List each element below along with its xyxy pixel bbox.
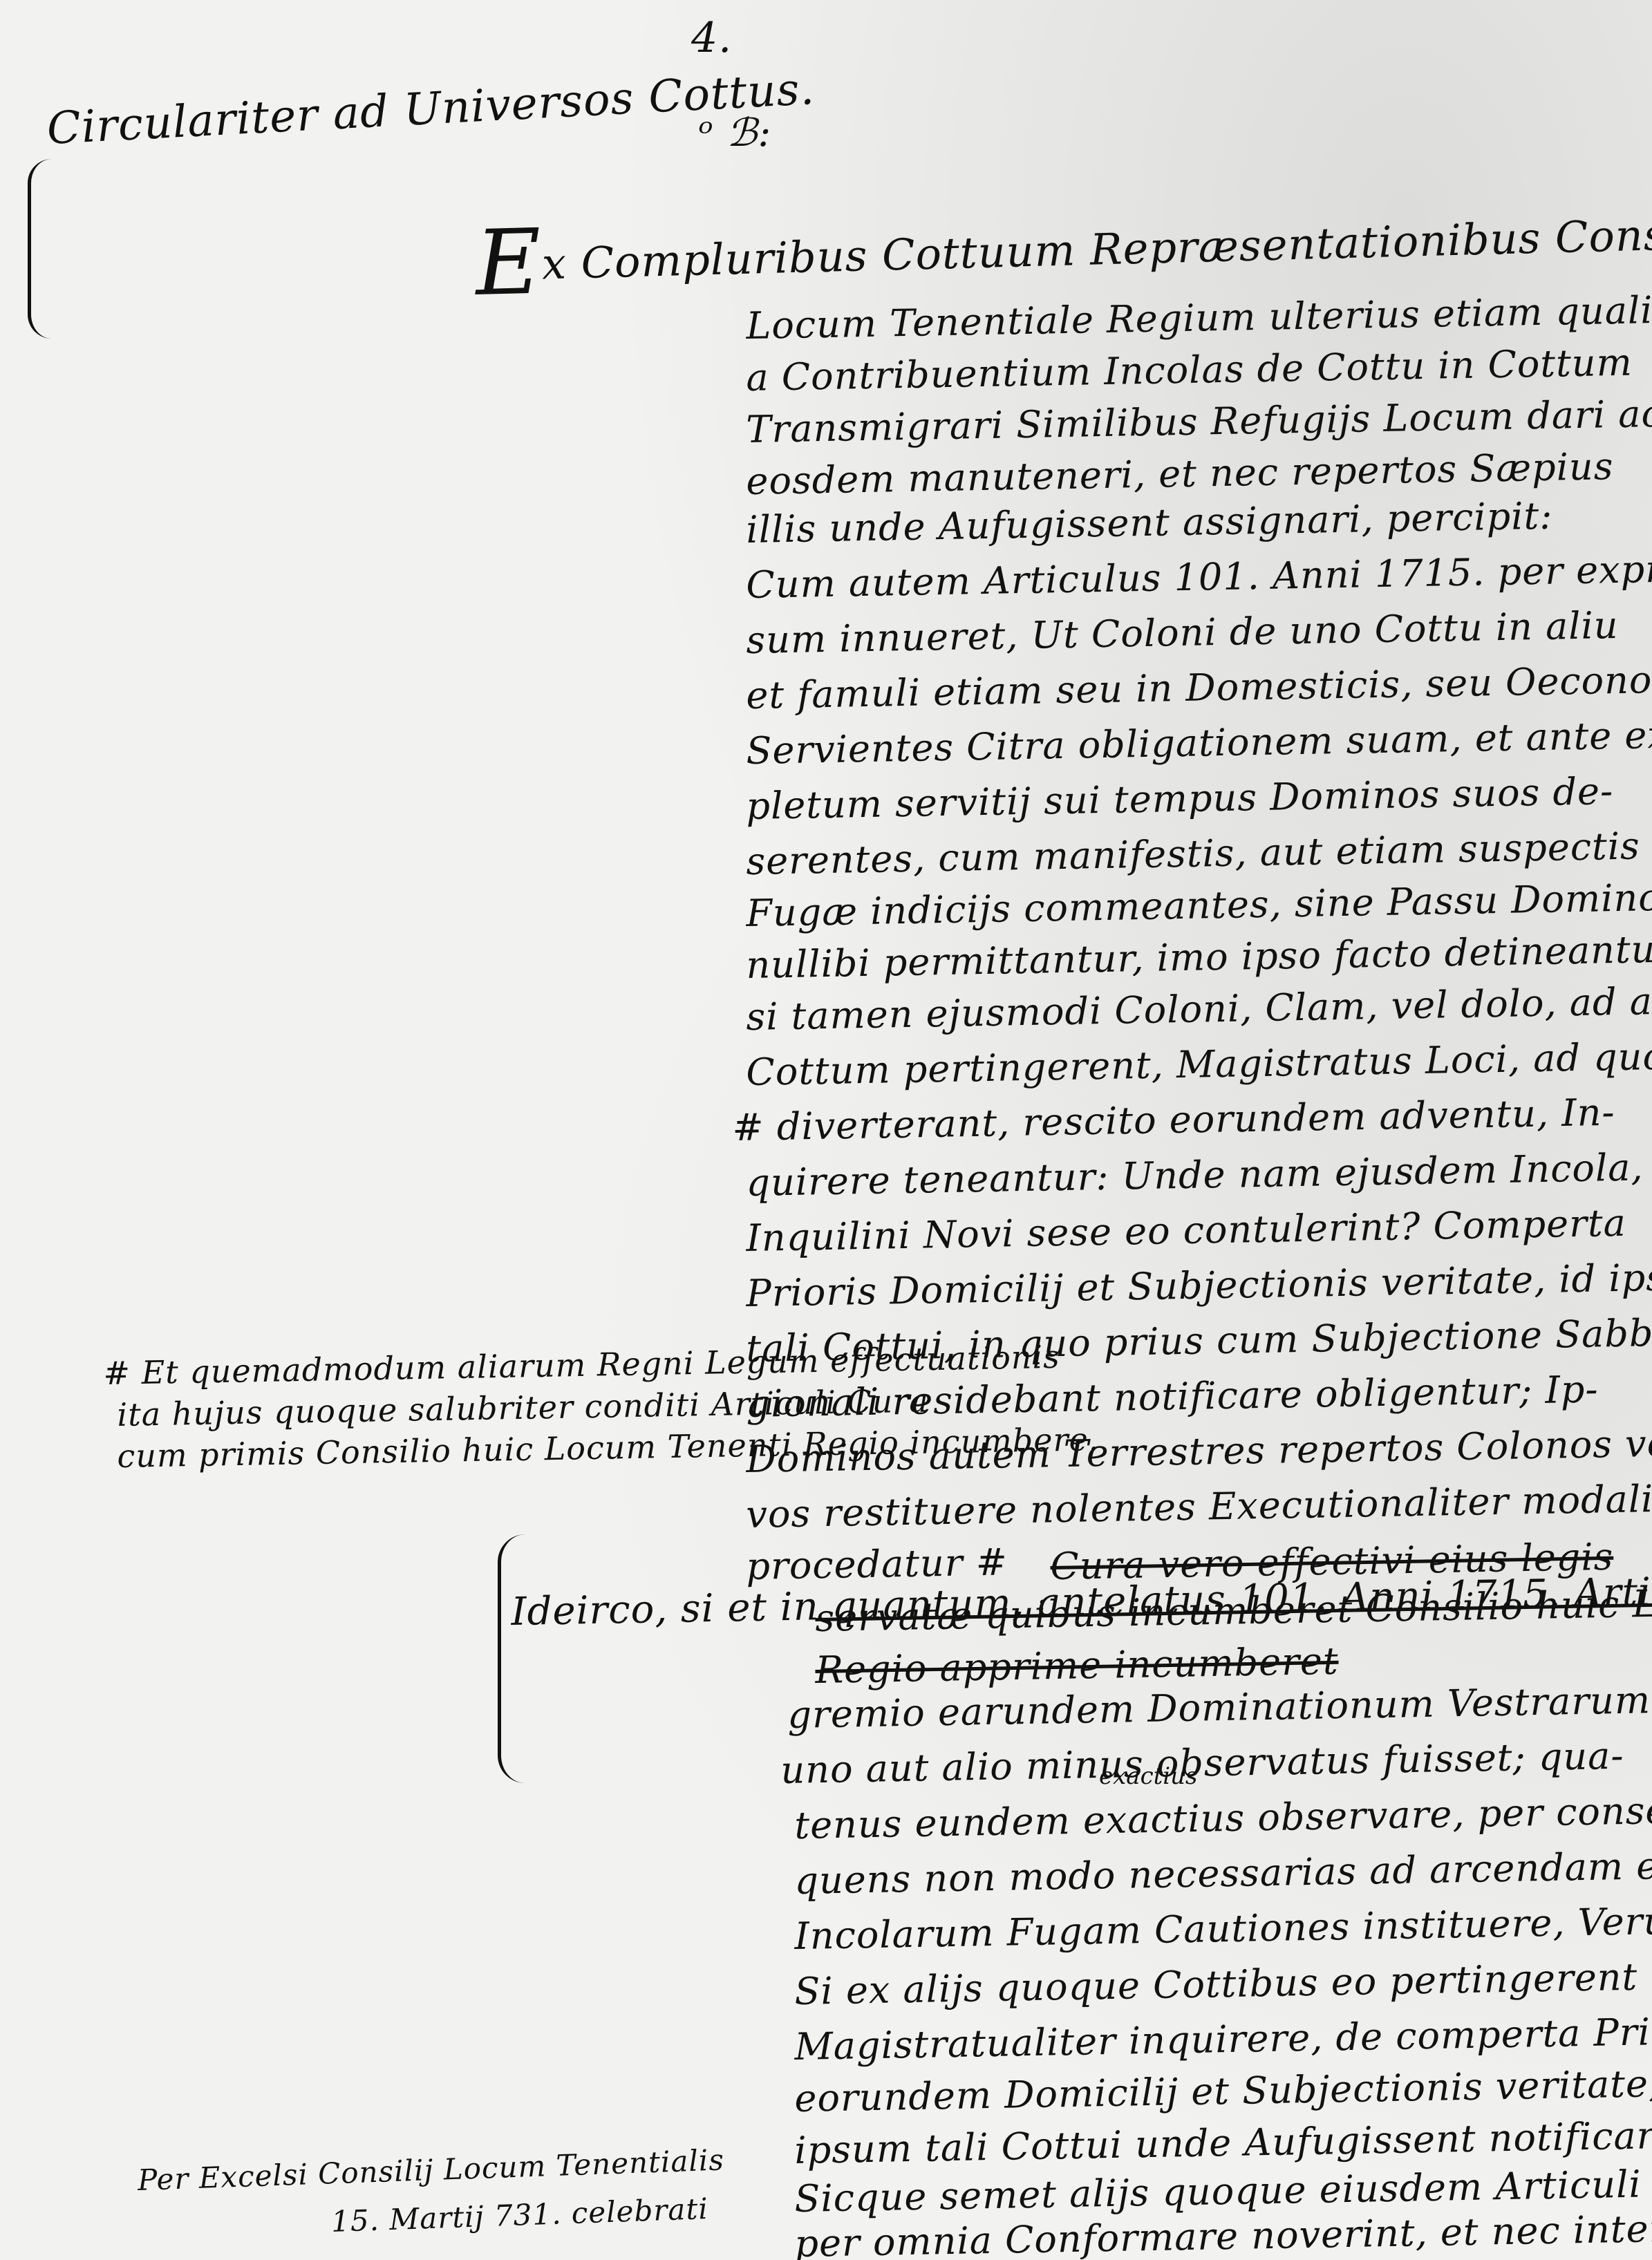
main-line: et famuli etiam seu in Domesticis, seu O… bbox=[746, 657, 1652, 717]
ideirco-line: Magistratualiter inquirere, de comperta … bbox=[794, 2009, 1652, 2069]
ideirco-line: quens non modo necessarias ad arcendam e… bbox=[794, 1843, 1652, 1903]
ideirco-flourish bbox=[498, 1534, 543, 1783]
inserted-word: exactius bbox=[1099, 1762, 1198, 1790]
ideirco-line: eorundem Domicilij et Subjectionis verit… bbox=[794, 2061, 1652, 2120]
ideirco-line: uno aut alio minus observatus fuisset; q… bbox=[780, 1734, 1624, 1792]
main-line: # diverterant, rescito eorundem adventu,… bbox=[732, 1091, 1615, 1149]
main-line: Cottum pertingerent, Magistratus Loci, a… bbox=[746, 1034, 1652, 1094]
opening-text: x Compluribus Cottuum Repræsentationibus… bbox=[541, 203, 1652, 289]
struck-line: Regio apprime incumberet bbox=[815, 1639, 1339, 1692]
signature-line: 15. Martij 731. celebrati bbox=[330, 2192, 708, 2239]
signature-line: Per Excelsi Consilij Locum Tenentialis bbox=[137, 2143, 724, 2197]
ideirco-line: Si ex alijs quoque Cottibus eo pertinger… bbox=[794, 1952, 1652, 2013]
main-line: Inquilini Novi sese eo contulerint? Comp… bbox=[746, 1201, 1626, 1260]
ideirco-line: ipsum tali Cottui unde Aufugissent notif… bbox=[794, 2113, 1652, 2172]
main-line: Prioris Domicilij et Subjectionis verita… bbox=[746, 1254, 1652, 1315]
main-line: Fugæ indicijs commeantes, sine Passu Dom… bbox=[746, 872, 1652, 935]
registry-mark: ᵒ ℬ: bbox=[698, 111, 771, 156]
main-line: si tamen ejusmodi Coloni, Clam, vel dolo… bbox=[746, 978, 1652, 1039]
main-line: Servientes Citra obligationem suam, et a… bbox=[746, 713, 1652, 773]
main-line: quirere teneantur: Unde nam ejusdem Inco… bbox=[746, 1145, 1652, 1205]
main-line: Cum autem Articulus 101. Anni 1715. per … bbox=[746, 546, 1652, 607]
main-line: illis unde Aufugissent assignari, percip… bbox=[746, 494, 1553, 552]
page-number: 4. bbox=[691, 14, 732, 62]
main-line: Transmigrari Similibus Refugijs Locum da… bbox=[746, 392, 1652, 451]
manuscript-page: 4. Circulariter ad Universos Cottus. ᵒ ℬ… bbox=[0, 0, 1652, 2260]
main-line: nullibi permittantur, imo ipso facto det… bbox=[746, 927, 1652, 987]
main-line: vos restituere nolentes Executionaliter … bbox=[746, 1476, 1652, 1536]
ideirco-line: Incolarum Fugam Cautiones instituere, Ve… bbox=[794, 1899, 1652, 1958]
main-line: pletum servitij sui tempus Dominos suos … bbox=[746, 769, 1614, 828]
main-line: sum innueret, Ut Coloni de uno Cottu in … bbox=[746, 603, 1619, 662]
main-line: a Contribuentium Incolas de Cottu in Cot… bbox=[746, 341, 1633, 399]
ideirco-line: tenus eundem exactius observare, per con… bbox=[794, 1789, 1652, 1847]
main-line: eosdem manuteneri, et nec repertos Sæpiu… bbox=[746, 444, 1614, 503]
main-line: serentes, cum manifestis, aut etiam susp… bbox=[746, 824, 1640, 883]
opening-initial: E bbox=[474, 209, 543, 316]
left-bracket-flourish bbox=[28, 159, 52, 339]
